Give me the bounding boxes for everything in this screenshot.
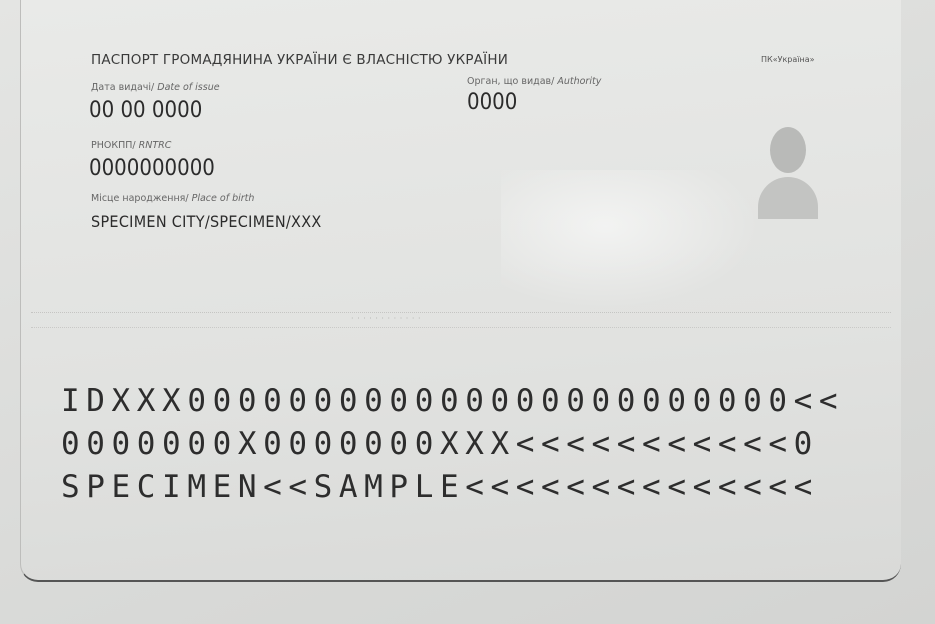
mrz-line-2: 0000000X0000000XXX<<<<<<<<<<<0 [61,423,844,466]
document-header-title: ПАСПОРТ ГРОМАДЯНИНА УКРАЇНИ Є ВЛАСНІСТЮ … [91,52,508,68]
rntrc-value: 0000000000 [89,156,215,181]
authority-label: Орган, що видав/ Authority [467,76,601,87]
id-card-back: ПАСПОРТ ГРОМАДЯНИНА УКРАЇНИ Є ВЛАСНІСТЮ … [20,0,901,582]
person-silhouette-icon [758,119,818,219]
place-of-birth-label: Місце народження/ Place of birth [91,193,254,204]
faint-security-text: · · · · · · · · · · · · [351,314,421,323]
place-of-birth-value: SPECIMEN CITY/SPECIMEN/XXX [91,212,322,231]
machine-readable-zone: IDXXX000000000000000000000000<< 0000000X… [61,380,844,509]
mrz-line-1: IDXXX000000000000000000000000<< [61,380,844,423]
faint-security-line [31,312,891,328]
holder-photo [743,105,833,233]
rntrc-label: РНОКПП/ RNTRC [91,140,171,151]
mrz-line-3: SPECIMEN<<SAMPLE<<<<<<<<<<<<<< [61,466,844,509]
issuer-mark: ПК«Україна» [761,55,815,64]
date-of-issue-value: 00 00 0000 [89,98,202,123]
authority-value: 0000 [467,90,517,115]
paper-crease [501,170,761,310]
date-of-issue-label: Дата видачі/ Date of issue [91,82,220,93]
